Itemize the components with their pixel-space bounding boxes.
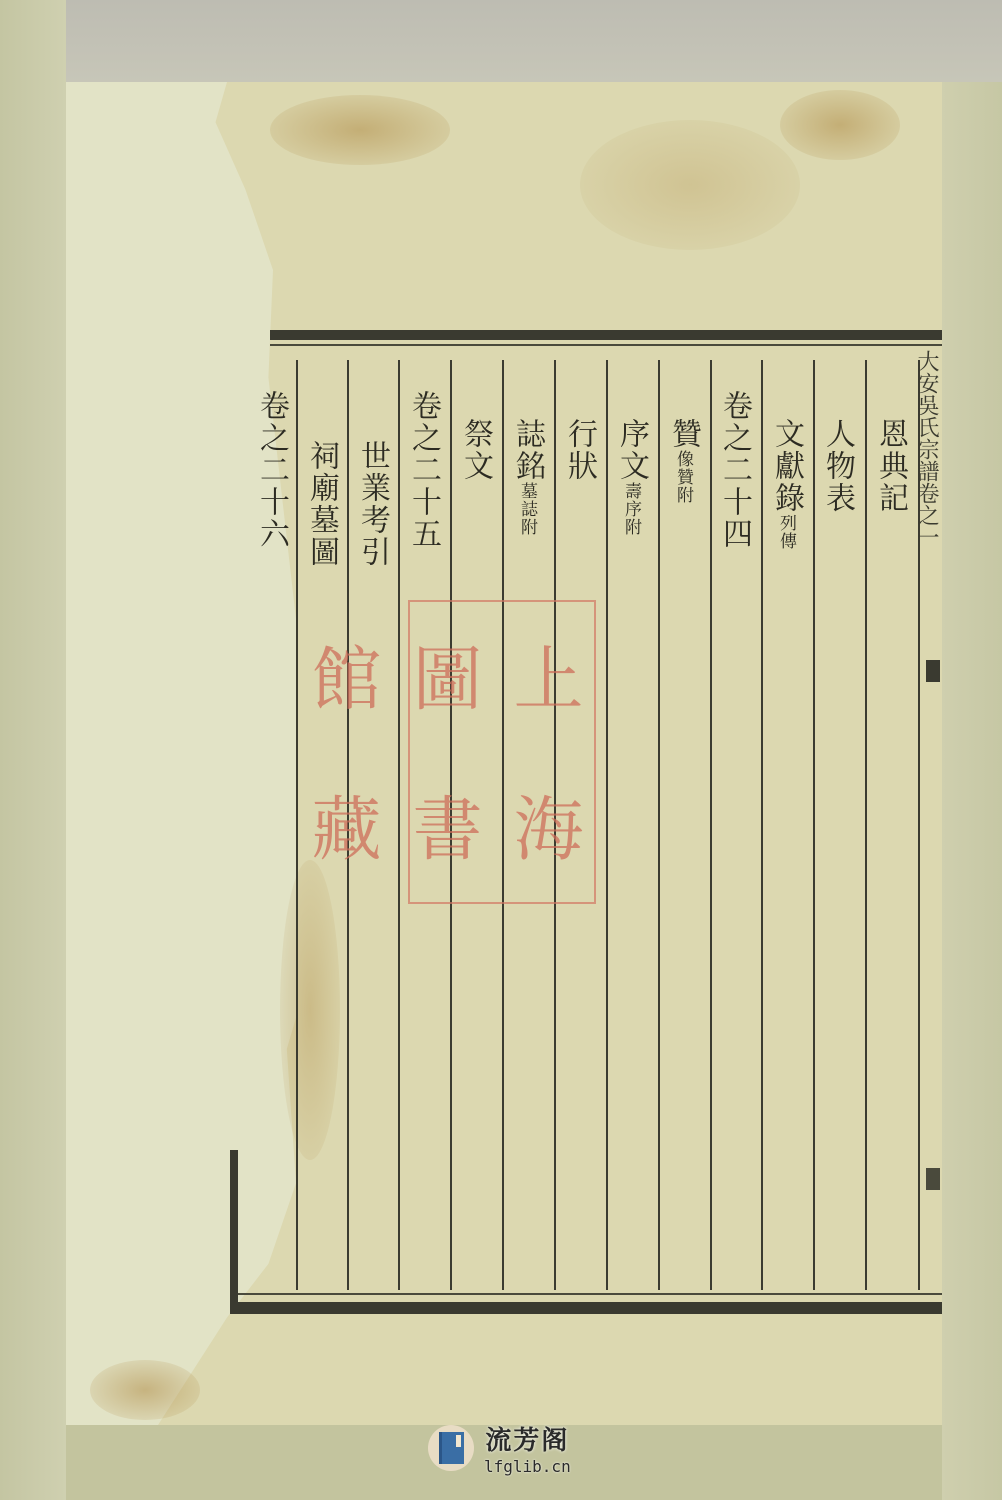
entry-shiyekaoyin: 世業考引 (357, 440, 387, 568)
water-stain (580, 120, 800, 250)
fish-tail-mark-top (926, 660, 940, 682)
watermark-logo: 流芳阁 lfglib.cn (428, 1420, 571, 1476)
entry-wenxianlu: 文獻錄列傳 (771, 418, 801, 550)
seal-char: 書 (392, 752, 493, 902)
entry-note: 壽序附 (621, 482, 641, 536)
entry-note: 像贊附 (673, 450, 693, 504)
seal-char: 館 (291, 602, 392, 752)
entry-citumutu: 祠廟墓圖 (306, 440, 336, 568)
border-top-thick (270, 330, 942, 340)
column-divider (658, 360, 660, 1290)
seal-char: 圖 (392, 602, 493, 752)
border-top-thin (270, 344, 942, 346)
fish-tail-mark-bottom (926, 1168, 940, 1190)
border-bottom-thick (230, 1302, 942, 1314)
running-title: 大安吳氏宗譜卷之一 (918, 350, 942, 670)
entry-juan-26: 卷之二十六 (256, 390, 286, 550)
mount-top-margin (66, 0, 1002, 82)
book-icon (428, 1425, 474, 1471)
entry-jiwen: 祭文 (460, 418, 490, 482)
entry-juan-25: 卷之二十五 (408, 390, 438, 550)
mount-left-margin (0, 0, 66, 1500)
water-stain (280, 860, 340, 1160)
column-divider (606, 360, 608, 1290)
column-divider (813, 360, 815, 1290)
border-left (230, 1150, 238, 1314)
paper-repair-patch (66, 82, 296, 1425)
entry-xuwen: 序文壽序附 (616, 418, 646, 536)
water-stain (90, 1360, 200, 1420)
entry-renwubiao: 人物表 (822, 418, 852, 514)
column-divider (865, 360, 867, 1290)
seal-char: 藏 (291, 752, 392, 902)
entry-xingzhuang: 行狀 (564, 418, 594, 482)
entry-note: 列傳 (776, 514, 796, 550)
column-divider (761, 360, 763, 1290)
entry-enwen: 恩典記 (875, 418, 905, 514)
library-seal: 上 海 圖 書 館 藏 (408, 600, 596, 904)
watermark-name: 流芳阁 (485, 1420, 569, 1457)
water-stain (270, 95, 450, 165)
border-bottom-thin (230, 1293, 942, 1295)
seal-char: 上 (493, 602, 594, 752)
entry-zan: 贊像贊附 (668, 418, 698, 504)
seal-char: 海 (493, 752, 594, 902)
watermark-url: lfglib.cn (484, 1457, 571, 1476)
entry-zhiming: 誌銘墓誌附 (512, 418, 542, 536)
water-stain (780, 90, 900, 160)
entry-note: 墓誌附 (517, 482, 537, 536)
column-divider (710, 360, 712, 1290)
entry-juan-24: 卷之二十四 (719, 390, 749, 550)
mount-right-margin (942, 82, 1002, 1500)
